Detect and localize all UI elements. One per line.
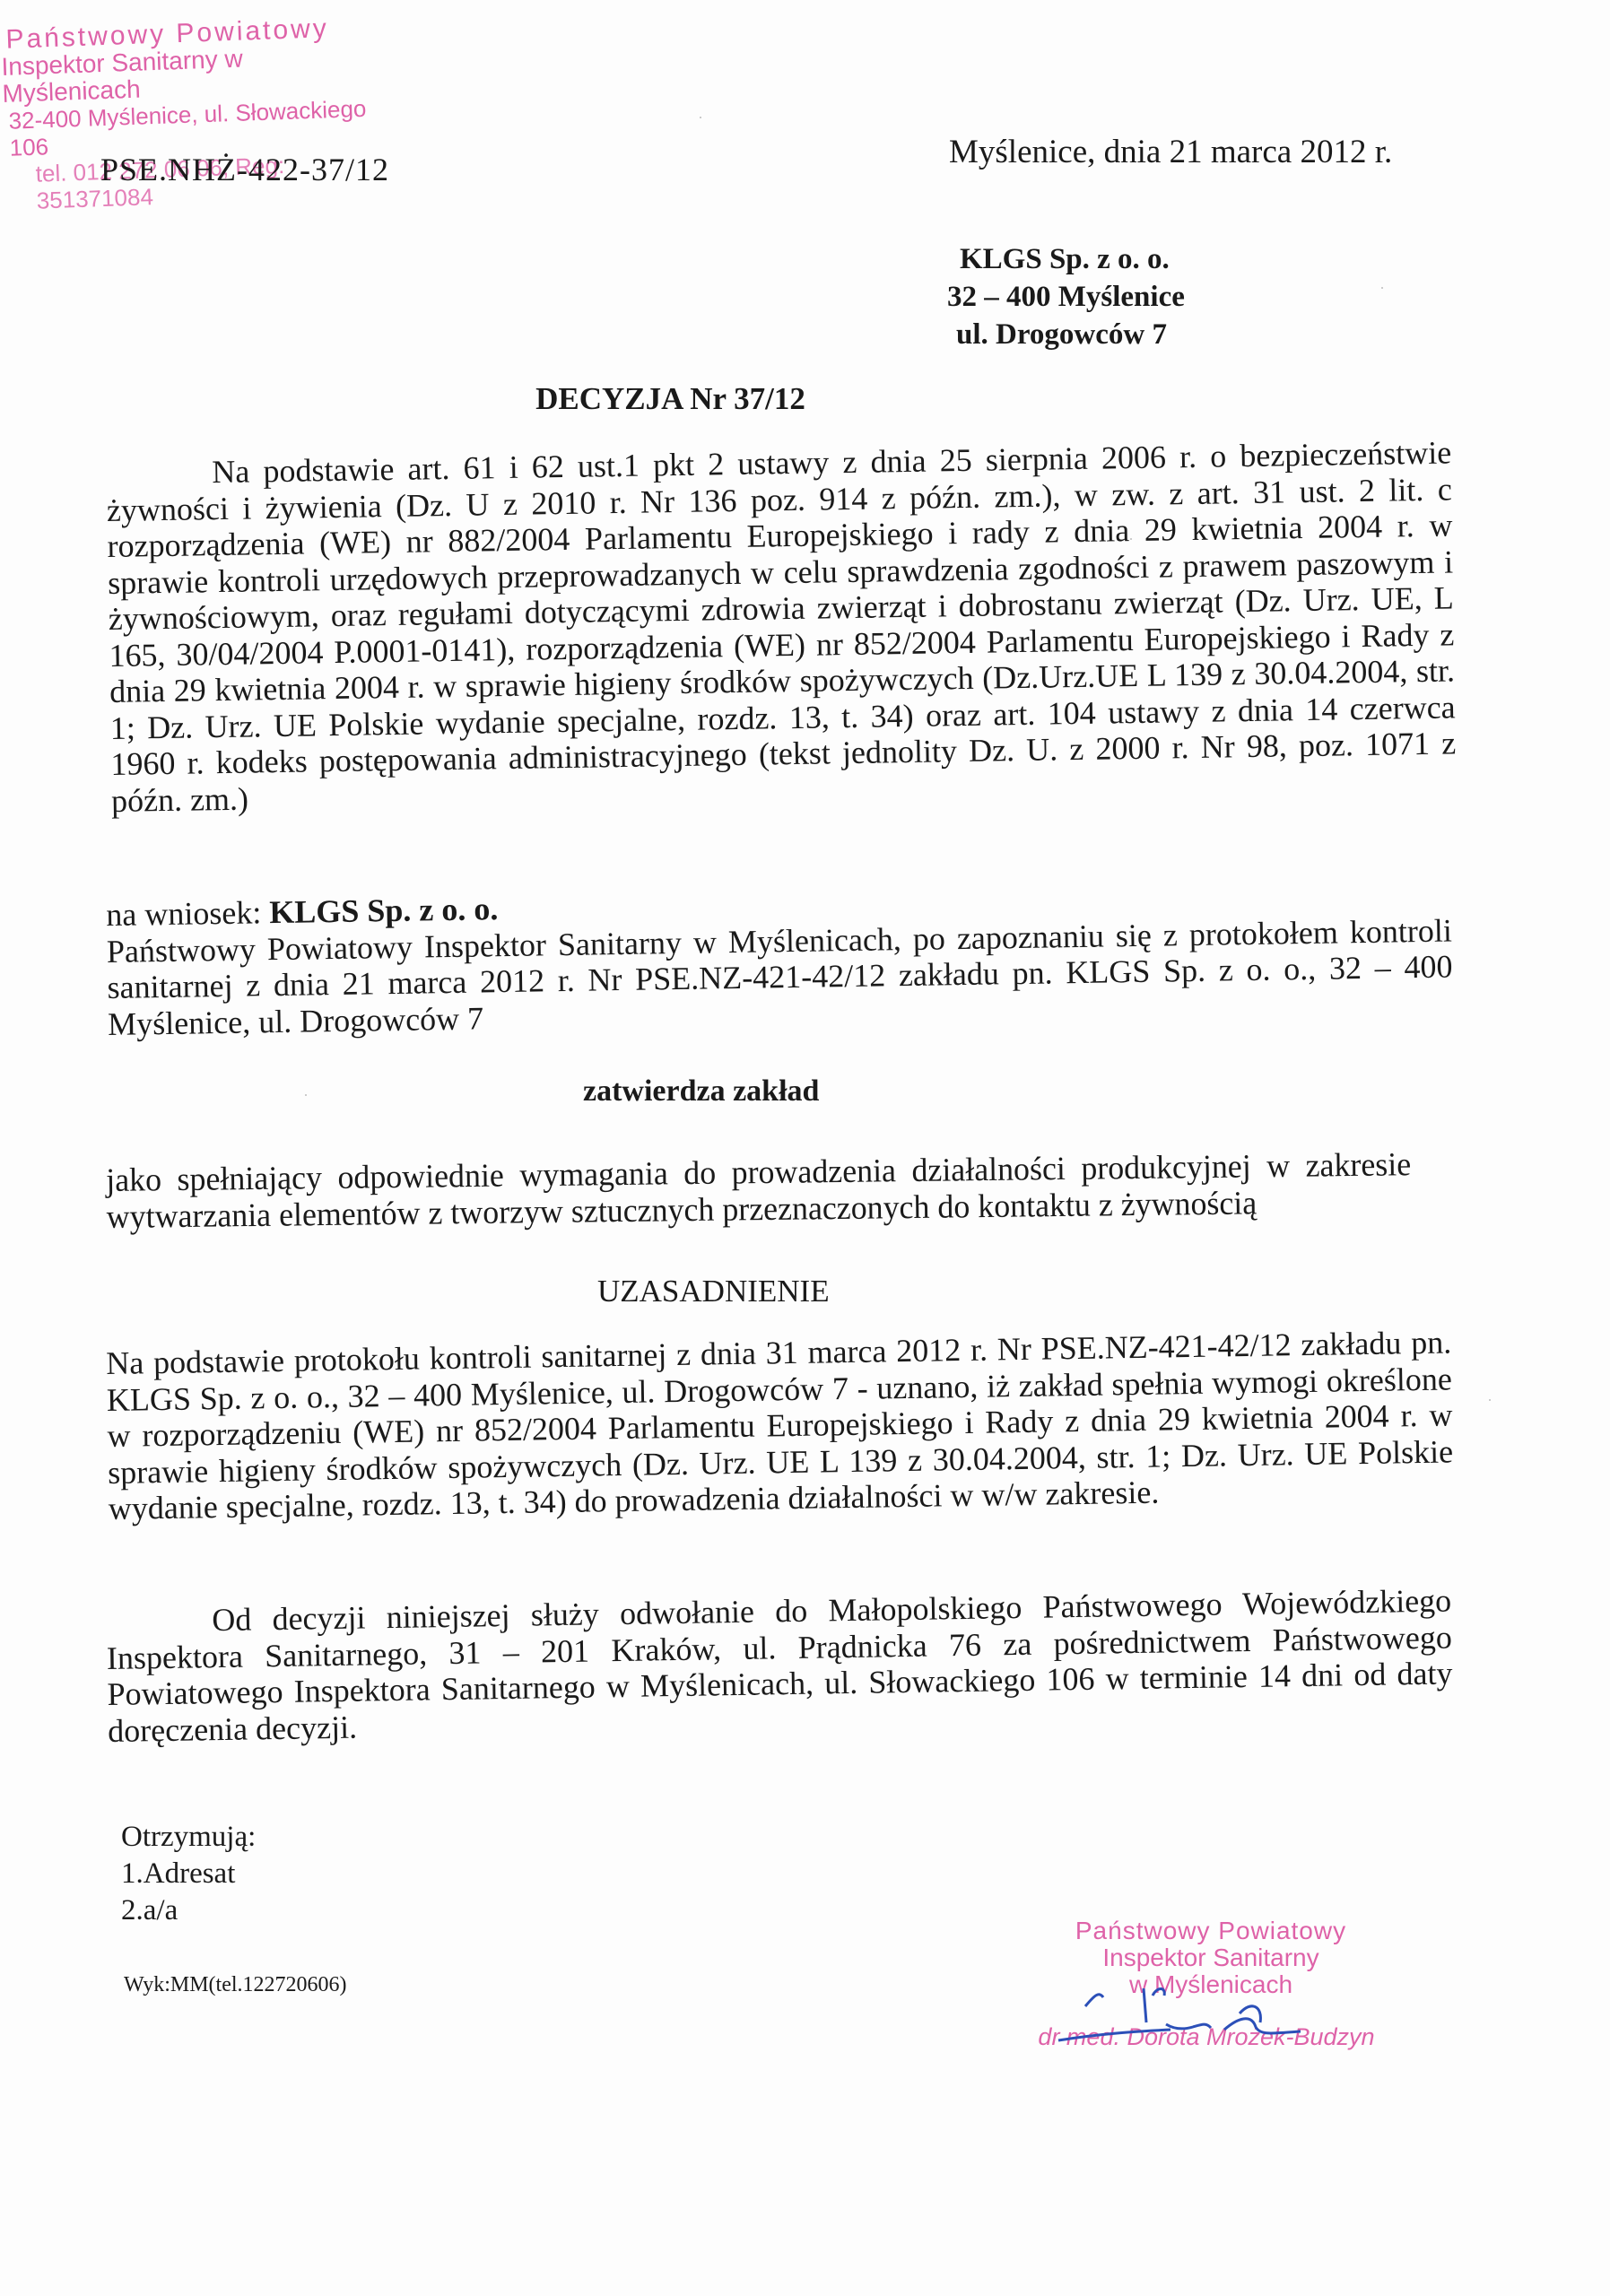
applicant-name: KLGS Sp. z o. o. <box>269 891 499 930</box>
request-label: na wniosek: <box>106 894 262 933</box>
addressee-city: 32 – 400 Myślenice <box>947 278 1185 316</box>
request-paragraph: na wniosek: KLGS Sp. z o. o. Państwowy P… <box>106 875 1453 1042</box>
scope-paragraph: jako spełniający odpowiednie wymagania d… <box>106 1146 1412 1236</box>
document-page: Państwowy Powiatowy Inspektor Sanitarny … <box>0 0 1610 2296</box>
request-text: Państwowy Powiatowy Inspektor Sanitarny … <box>107 912 1453 1042</box>
decision-title: DECYZJA Nr 37/12 <box>535 381 805 417</box>
legal-basis-text: Na podstawie art. 61 i 62 ust.1 pkt 2 us… <box>107 434 1457 818</box>
approval-heading: zatwierdza zakład <box>583 1074 819 1109</box>
handwritten-signature-icon <box>1031 1987 1354 2049</box>
addressee-block: KLGS Sp. z o. o. 32 – 400 Myślenice ul. … <box>960 240 1185 353</box>
recipients-block: Otrzymują: 1.Adresat 2.a/a <box>121 1819 256 1929</box>
prepared-by: Wyk:MM(tel.122720606) <box>124 1973 347 1997</box>
reference-number: PSE.NHŻ-422-37/12 <box>100 151 389 188</box>
legal-basis-paragraph: Na podstawie art. 61 i 62 ust.1 pkt 2 us… <box>106 434 1457 819</box>
recipient-item: 2.a/a <box>121 1892 256 1929</box>
stamp-line: Inspektor Sanitarny <box>1023 1944 1399 1971</box>
recipient-item: 1.Adresat <box>121 1856 256 1892</box>
appeal-paragraph: Od decyzji niniejszej służy odwołanie do… <box>106 1582 1453 1749</box>
justification-paragraph: Na podstawie protokołu kontroli sanitarn… <box>106 1324 1454 1526</box>
justification-heading: UZASADNIENIE <box>597 1274 830 1309</box>
appeal-text: Od decyzji niniejszej służy odwołanie do… <box>107 1582 1453 1748</box>
addressee-name: KLGS Sp. z o. o. <box>960 240 1185 278</box>
date-line: Myślenice, dnia 21 marca 2012 r. <box>949 133 1392 171</box>
addressee-street: ul. Drogowców 7 <box>956 316 1185 353</box>
stamp-line: Państwowy Powiatowy <box>1023 1918 1399 1944</box>
recipients-label: Otrzymują: <box>121 1819 256 1856</box>
decision-title-row: DECYZJA Nr 37/12 <box>0 381 1610 417</box>
